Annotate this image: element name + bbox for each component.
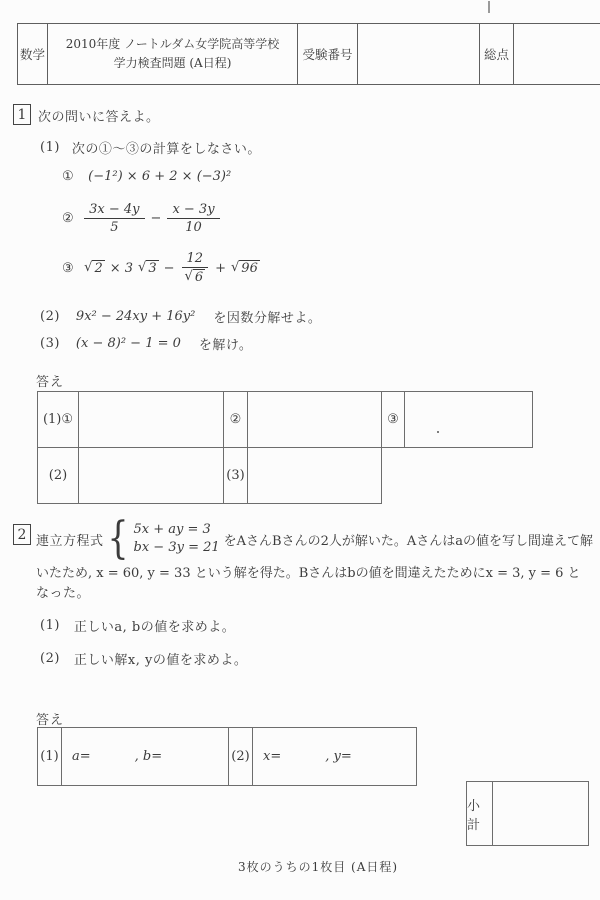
q1-part2-text: を因数分解せよ。 xyxy=(213,307,321,326)
q1-item2-label: ② xyxy=(62,211,74,226)
answer1-label-1-3: ③ xyxy=(381,391,405,448)
question2-number: 2 xyxy=(18,527,27,543)
equation-system: { 5x + ay = 3 bx − 3y = 21 xyxy=(104,520,220,557)
answer1-row1: (1)① ② ③ xyxy=(37,391,533,448)
answer2-table: (1) a= , b= (2) x= , y= xyxy=(37,727,417,786)
total-score-label-cell: 総点 xyxy=(479,23,514,85)
question2-number-box: 2 xyxy=(13,524,31,545)
answer2-field-xy: x= , y= xyxy=(252,727,417,786)
total-score-field xyxy=(513,23,600,85)
q1-part1-label: (1) xyxy=(40,140,60,155)
answer1-heading: 答え xyxy=(36,371,64,390)
answer1-field-3 xyxy=(247,447,382,504)
sqrt-2: 2 xyxy=(84,260,105,276)
answer1-label-2: (2) xyxy=(37,447,79,504)
q2-intro-after: をAさんBさんの2人が解いた。Aさんはaの値を写し間違えて解 xyxy=(224,530,593,549)
q2-part1-label: (1) xyxy=(40,618,60,633)
q1-part3-text: を解け。 xyxy=(199,334,252,353)
q1-part1-text: 次の①～③の計算をしなさい。 xyxy=(72,138,261,157)
q1-item1: ① (−1²) × 6 + 2 × (−3)² xyxy=(62,169,231,184)
answer1-row2: (2) (3) xyxy=(37,447,382,504)
question1-part3: (3) (x − 8)² − 1 = 0 を解け。 xyxy=(40,334,252,353)
fraction-2: x − 3y 10 xyxy=(167,202,219,235)
page-footer: 3枚のうちの1枚目 (A日程) xyxy=(0,858,600,875)
header-table: 数学 2010年度 ノートルダム女学院高等学校 学力検査問題 (A日程) 受験番… xyxy=(17,23,600,85)
question1-part1: (1) 次の①～③の計算をしなさい。 xyxy=(40,138,261,157)
q2-line2: いたため, x = 60, y = 33 という解を得た。Bさんはbの値を間違え… xyxy=(36,562,581,581)
question1-number-box: 1 xyxy=(13,104,31,125)
subject-cell: 数学 xyxy=(17,23,48,85)
answer2-label-2: (2) xyxy=(228,727,253,786)
sqrt-3: 3 xyxy=(138,260,159,276)
answer2-heading: 答え xyxy=(36,709,64,728)
q1-item1-label: ① xyxy=(62,169,74,184)
question2-part2: (2) 正しい解x, yの値を求めよ。 xyxy=(40,649,247,668)
y-equals: , y= xyxy=(325,749,352,764)
q1-part2-expression: 9x² − 24xy + 16y² xyxy=(76,309,195,324)
equation-2: bx − 3y = 21 xyxy=(134,540,220,555)
exam-title-cell: 2010年度 ノートルダム女学院高等学校 学力検査問題 (A日程) xyxy=(47,23,298,85)
sqrt-96: 96 xyxy=(231,260,260,276)
answer1-field-1-3 xyxy=(404,391,533,448)
subtotal-box: 小計 xyxy=(466,781,589,846)
q2-intro-text: 連立方程式 xyxy=(36,530,104,549)
minus-operator: − xyxy=(151,211,162,226)
a-equals: a= xyxy=(72,749,91,764)
question2-intro-line: 連立方程式 { 5x + ay = 3 bx − 3y = 21 をAさんBさん… xyxy=(36,518,593,560)
exam-title-line2: 学力検査問題 (A日程) xyxy=(114,54,232,73)
fraction-12-sqrt6: 12 6 xyxy=(180,251,211,285)
answer1-field-1-1 xyxy=(78,391,224,448)
answer1-label-3: (3) xyxy=(223,447,248,504)
q2-line3: なった。 xyxy=(36,582,90,601)
answer1-label-1-2: ② xyxy=(223,391,248,448)
system-equations: 5x + ay = 3 bx − 3y = 21 xyxy=(134,522,220,555)
fraction-1: 3x − 4y 5 xyxy=(84,202,144,235)
subject-label: 数学 xyxy=(20,45,45,63)
q1-item3-label: ③ xyxy=(62,261,74,276)
b-equals: , b= xyxy=(135,749,162,764)
total-score-label: 総点 xyxy=(484,45,509,63)
answer1-field-1-2 xyxy=(247,391,382,448)
q2-part2-label: (2) xyxy=(40,651,60,666)
q1-item2: ② 3x − 4y 5 − x − 3y 10 xyxy=(62,200,220,236)
left-brace: { xyxy=(107,520,128,557)
q1-item3-expression: 2 × 3 3 − 12 6 + 96 xyxy=(84,251,260,285)
question1-part2: (2) 9x² − 24xy + 16y² を因数分解せよ。 xyxy=(40,307,321,326)
q2-part2-text: 正しい解x, yの値を求めよ。 xyxy=(74,649,247,668)
q1-item1-expression: (−1²) × 6 + 2 × (−3)² xyxy=(88,169,231,184)
scan-artifact-line xyxy=(488,1,490,13)
answer1-field-2 xyxy=(78,447,224,504)
question1-title: 次の問いに答えよ。 xyxy=(38,106,160,125)
subtotal-field xyxy=(493,782,588,845)
question1-number: 1 xyxy=(18,107,27,123)
q1-part3-label: (3) xyxy=(40,336,60,351)
answer2-label-1: (1) xyxy=(37,727,62,786)
q2-part1-text: 正しいa, bの値を求めよ。 xyxy=(74,616,235,635)
answer1-label-1-1: (1)① xyxy=(37,391,79,448)
q1-item3: ③ 2 × 3 3 − 12 6 + 96 xyxy=(62,250,260,286)
exam-number-label-cell: 受験番号 xyxy=(297,23,358,85)
q1-part2-label: (2) xyxy=(40,309,60,324)
q1-item2-expression: 3x − 4y 5 − x − 3y 10 xyxy=(84,202,219,235)
subtotal-label: 小計 xyxy=(467,782,493,845)
x-equals: x= xyxy=(263,749,281,764)
sqrt-6: 6 xyxy=(185,269,206,285)
q1-part3-expression: (x − 8)² − 1 = 0 xyxy=(76,336,181,351)
exam-title-line1: 2010年度 ノートルダム女学院高等学校 xyxy=(66,35,280,54)
equation-1: 5x + ay = 3 xyxy=(134,522,220,537)
exam-number-label: 受験番号 xyxy=(302,45,352,63)
answer2-field-ab: a= , b= xyxy=(61,727,229,786)
exam-number-field xyxy=(357,23,480,85)
question2-part1: (1) 正しいa, bの値を求めよ。 xyxy=(40,616,235,635)
